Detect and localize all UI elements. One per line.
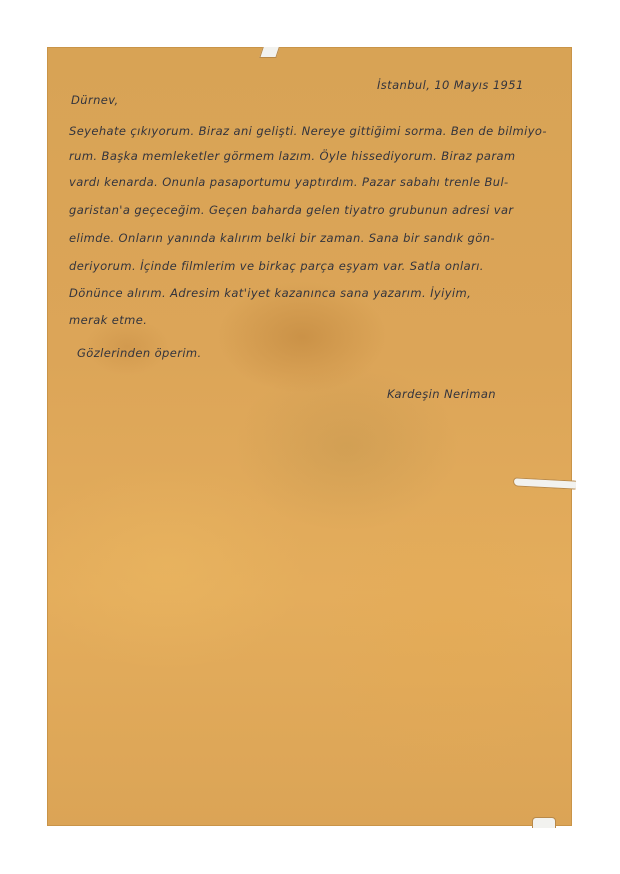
- letter-body-line: vardı kenarda. Onunla pasaportumu yaptır…: [69, 177, 509, 189]
- letter-date: İstanbul, 10 Mayıs 1951: [377, 80, 524, 92]
- letter-body-line: deriyorum. İçinde filmlerim ve birkaç pa…: [69, 261, 484, 273]
- letter-body-line: elimde. Onların yanında kalırım belki bi…: [69, 233, 495, 245]
- letter-closing: Gözlerinden öperim.: [77, 348, 202, 360]
- letter-body-line: garistan'a geçeceğim. Geçen baharda gele…: [69, 205, 514, 217]
- letter-salutation: Dürnev,: [71, 95, 119, 107]
- letter-signature: Kardeşin Neriman: [387, 389, 496, 401]
- letter-body-line: rum. Başka memleketler görmem lazım. Öyl…: [69, 151, 516, 163]
- letter-body-line: Dönünce alırım. Adresim kat'iyet kazanın…: [69, 288, 471, 300]
- paper-tear-bottom: [532, 817, 556, 828]
- paper-tear-top: [259, 47, 280, 58]
- letter-page: İstanbul, 10 Mayıs 1951 Dürnev, Seyehate…: [47, 47, 572, 826]
- letter-body-line: merak etme.: [69, 315, 147, 327]
- paper-tear-right: [513, 477, 576, 489]
- letter-body-line: Seyehate çıkıyorum. Biraz ani gelişti. N…: [69, 126, 547, 138]
